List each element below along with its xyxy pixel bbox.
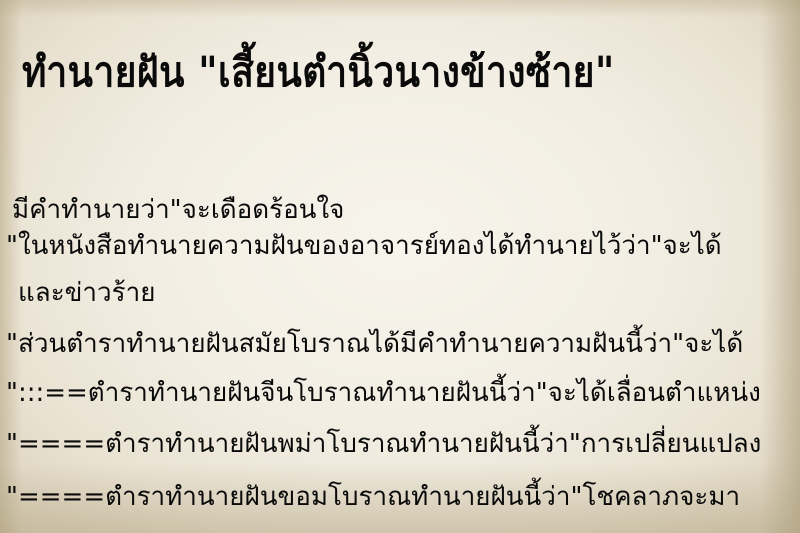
interpretation-line: และข่าวร้าย (18, 275, 155, 311)
paper-texture-right (760, 0, 800, 533)
page-title: ทำนายฝัน "เสี้ยนตำนิ้วนางข้างซ้าย" (22, 39, 615, 105)
paper-texture-top (0, 0, 800, 18)
interpretation-line: ":::==ตำราทำนายฝันจีนโบราณทำนายฝันนี้ว่า… (6, 375, 761, 411)
interpretation-line: "ในหนังสือทำนายความฝันของอาจารย์ทองได้ทำ… (6, 228, 722, 264)
interpretation-line: "====ตำราทำนายฝันพม่าโบราณทำนายฝันนี้ว่า… (6, 426, 761, 462)
interpretation-line: มีคำทำนายว่า"จะเดือดร้อนใจ (12, 192, 344, 228)
interpretation-line: "====ตำราทำนายฝันขอมโบราณทำนายฝันนี้ว่า"… (6, 479, 740, 515)
interpretation-line: "ส่วนตำราทำนายฝันสมัยโบราณได้มีคำทำนายคว… (6, 326, 743, 362)
